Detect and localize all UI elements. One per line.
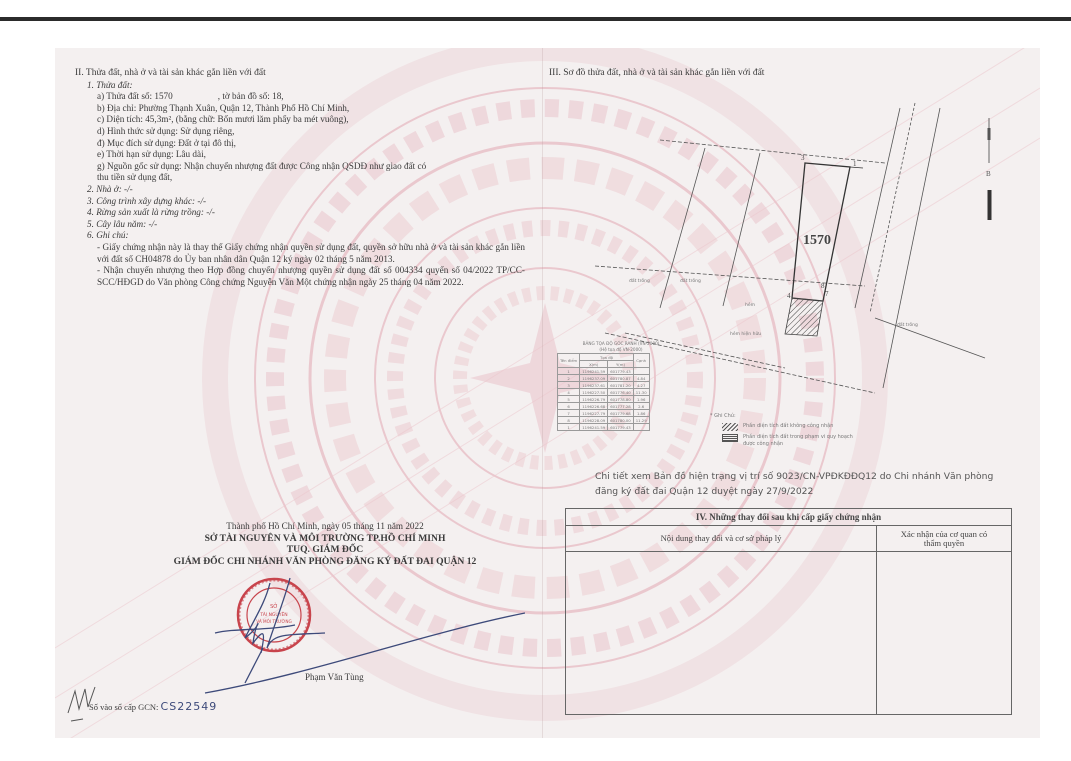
col-x: X(m) (580, 361, 608, 368)
col-y: Y(m) (608, 361, 634, 368)
signer-name: Phạm Văn Tùng (305, 672, 364, 682)
changes-table: IV. Những thay đổi sau khi cấp giấy chứn… (565, 508, 1012, 715)
perennial-trees-heading: 5. Cây lâu năm: -/- (75, 219, 525, 231)
coord-row: 21196237.09601780.874.84 (558, 375, 650, 382)
col-coords: Tọa độ (580, 354, 634, 361)
svg-text:đất trống: đất trống (680, 277, 701, 284)
legend-item-lines: Phần diện tích đất trong phạm vi quy hoạ… (722, 434, 863, 448)
coord-table-caption: BẢNG TỌA ĐỘ GÓC RANH (VN-2000) (Hệ tọa đ… (551, 341, 691, 353)
svg-text:7: 7 (825, 290, 829, 298)
house-heading: 2. Nhà ở: -/- (75, 184, 525, 196)
on-behalf-label: TUQ. GIÁM ĐỐC (170, 544, 480, 556)
section-2-title: II. Thửa đất, nhà ở và tài sản khác gắn … (75, 68, 525, 80)
svg-text:3: 3 (801, 154, 805, 162)
coord-row: 61196226.68601777.282.6 (558, 403, 650, 410)
coord-row: 31196237.61601781.204.27 (558, 382, 650, 389)
hatch-swatch-icon (722, 423, 738, 431)
coordinate-table: Tên điểm Tọa độ Cạnh X(m) Y(m) 11196241.… (557, 353, 650, 431)
director-title: GIÁM ĐỐC CHI NHÁNH VĂN PHÒNG ĐĂNG KÝ ĐẤT… (170, 556, 480, 568)
svg-text:B: B (986, 170, 991, 178)
usage-origin: g) Nguồn gốc sử dụng: Nhận chuyển nhượng… (75, 161, 525, 173)
change-content-cell (566, 552, 877, 715)
legend-heading: * Ghi Chú: (710, 413, 863, 420)
svg-text:4: 4 (787, 292, 791, 300)
signature-block: Thành phố Hồ Chí Minh, ngày 05 tháng 11 … (170, 521, 480, 567)
usage-purpose: đ) Mục đích sử dụng: Đất ở tại đô thị, (75, 138, 525, 150)
col-point: Tên điểm (558, 354, 580, 368)
parcel-address: b) Địa chỉ: Phường Thạnh Xuân, Quận 12, … (75, 103, 525, 115)
usage-origin-cont: thu tiền sử dụng đất, (75, 172, 525, 184)
page-fold (542, 48, 543, 738)
legend-item-hatch: Phần diện tích đất không công nhận (722, 423, 863, 431)
changes-table-title: IV. Những thay đổi sau khi cấp giấy chứn… (566, 509, 1012, 526)
notes-heading: 6. Ghi chú: (75, 230, 525, 242)
lines-swatch-icon (722, 434, 738, 442)
coord-row: 51196226.79601778.801.96 (558, 396, 650, 403)
svg-text:8: 8 (821, 282, 825, 290)
coord-row: 41196227.50601776.4011.30 (558, 389, 650, 396)
col-edge: Cạnh (633, 354, 649, 368)
svg-text:1: 1 (853, 160, 857, 168)
svg-text:hẻm: hẻm (745, 301, 755, 308)
section-3-title: III. Sơ đồ thửa đất, nhà ở và tài sản kh… (549, 68, 764, 78)
coord-row: 11196241.59601779.43 (558, 368, 650, 375)
forest-heading: 4. Rừng sản xuất là rừng trồng: -/- (75, 207, 525, 219)
scale-bar-icon: B (985, 118, 995, 228)
svg-text:đất trống: đất trống (897, 321, 918, 328)
usage-form: d) Hình thức sử dụng: Sử dụng riêng, (75, 126, 525, 138)
coord-row: 11196241.59601779.43 (558, 424, 650, 431)
col-authority-confirmation: Xác nhận của cơ quan có thẩm quyền (877, 526, 1012, 552)
sign-place-date: Thành phố Hồ Chí Minh, ngày 05 tháng 11 … (170, 521, 480, 533)
note-1: - Giấy chứng nhận này là thay thế Giấy c… (75, 242, 525, 265)
col-change-content: Nội dung thay đổi và cơ sở pháp lý (566, 526, 877, 552)
parcel-number: a) Thửa đất số: 1570, tờ bản đồ số: 18, (75, 91, 525, 103)
parcel-area: c) Diện tích: 45,3m², (bằng chữ: Bốn mươ… (75, 114, 525, 126)
registration-number: Số vào sổ cấp GCN: CS22549 (89, 700, 217, 713)
authority-confirmation-cell (877, 552, 1012, 715)
other-construction-heading: 3. Công trình xây dựng khác: -/- (75, 196, 525, 208)
coord-row: 71196227.79601779.681.86 (558, 410, 650, 417)
svg-text:đất trống: đất trống (629, 277, 650, 284)
land-parcel-heading: 1. Thửa đất: (75, 80, 525, 92)
certificate-sheet: II. Thửa đất, nhà ở và tài sản khác gắn … (55, 48, 1040, 738)
svg-text:1570: 1570 (803, 233, 831, 248)
svg-text:hẻm hiện hữu: hẻm hiện hữu (730, 330, 761, 337)
left-page: II. Thửa đất, nhà ở và tài sản khác gắn … (75, 68, 525, 288)
usage-term: e) Thời hạn sử dụng: Lâu dài, (75, 149, 525, 161)
coord-row: 81196228.09601780.0011.29 (558, 417, 650, 424)
scanner-edge (0, 17, 1071, 21)
department-name: SỞ TÀI NGUYÊN VÀ MÔI TRƯỜNG TP.HỒ CHÍ MI… (170, 533, 480, 545)
plan-legend: * Ghi Chú: Phần diện tích đất không công… (710, 413, 863, 448)
note-2: - Nhận chuyển nhượng theo Hợp đồng chuyể… (75, 265, 525, 288)
detail-map-note: Chi tiết xem Bản đồ hiện trạng vị trí số… (595, 470, 995, 499)
